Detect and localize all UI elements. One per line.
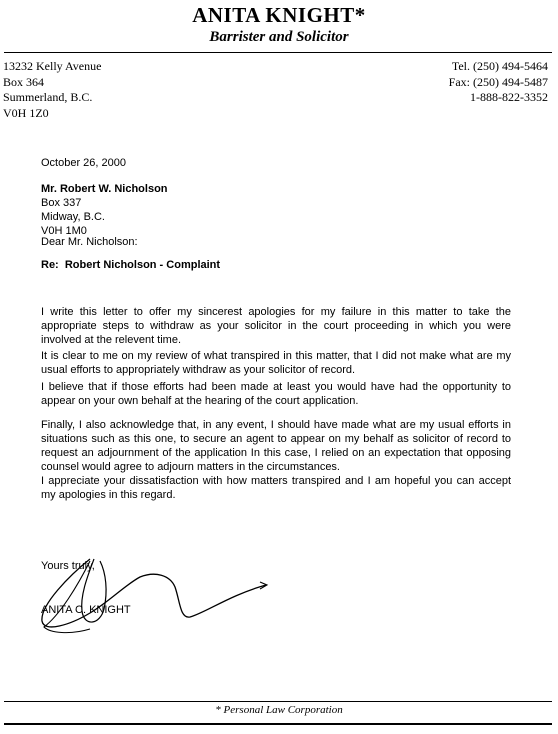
- body-paragraph: I believe that if those efforts had been…: [41, 380, 511, 408]
- letter-date: October 26, 2000: [41, 156, 511, 170]
- fax-number: Fax: (250) 494-5487: [449, 75, 548, 91]
- footer-divider-bottom: [4, 723, 552, 725]
- firm-contact: Tel. (250) 494-5464 Fax: (250) 494-5487 …: [449, 59, 548, 106]
- recipient-block: Mr. Robert W. Nicholson Box 337 Midway, …: [41, 182, 511, 238]
- handwritten-signature: [30, 555, 270, 635]
- subject-line: Re: Robert Nicholson - Complaint: [41, 258, 511, 272]
- firm-address-line: Summerland, B.C.: [3, 90, 101, 106]
- body-paragraph: It is clear to me on my review of what t…: [41, 349, 511, 377]
- firm-address-line: 13232 Kelly Avenue: [3, 59, 101, 75]
- recipient-address-line: Box 337: [41, 196, 511, 210]
- letterhead-name: ANITA KNIGHT*: [0, 3, 558, 28]
- recipient-name: Mr. Robert W. Nicholson: [41, 182, 511, 196]
- footer-note: * Personal Law Corporation: [0, 704, 558, 716]
- firm-address: 13232 Kelly Avenue Box 364 Summerland, B…: [3, 59, 101, 121]
- body-paragraph: Finally, I also acknowledge that, in any…: [41, 418, 511, 474]
- body-paragraph: I write this letter to offer my sinceres…: [41, 305, 511, 347]
- body-paragraph: I appreciate your dissatisfaction with h…: [41, 474, 511, 502]
- salutation: Dear Mr. Nicholson:: [41, 235, 511, 249]
- toll-free-number: 1-888-822-3352: [449, 90, 548, 106]
- letterhead-title: Barrister and Solicitor: [0, 29, 558, 46]
- firm-address-line: Box 364: [3, 75, 101, 91]
- footer-divider-top: [4, 701, 552, 702]
- firm-address-line: V0H 1Z0: [3, 106, 101, 122]
- header-divider: [4, 52, 552, 53]
- recipient-address-line: Midway, B.C.: [41, 210, 511, 224]
- phone-number: Tel. (250) 494-5464: [449, 59, 548, 75]
